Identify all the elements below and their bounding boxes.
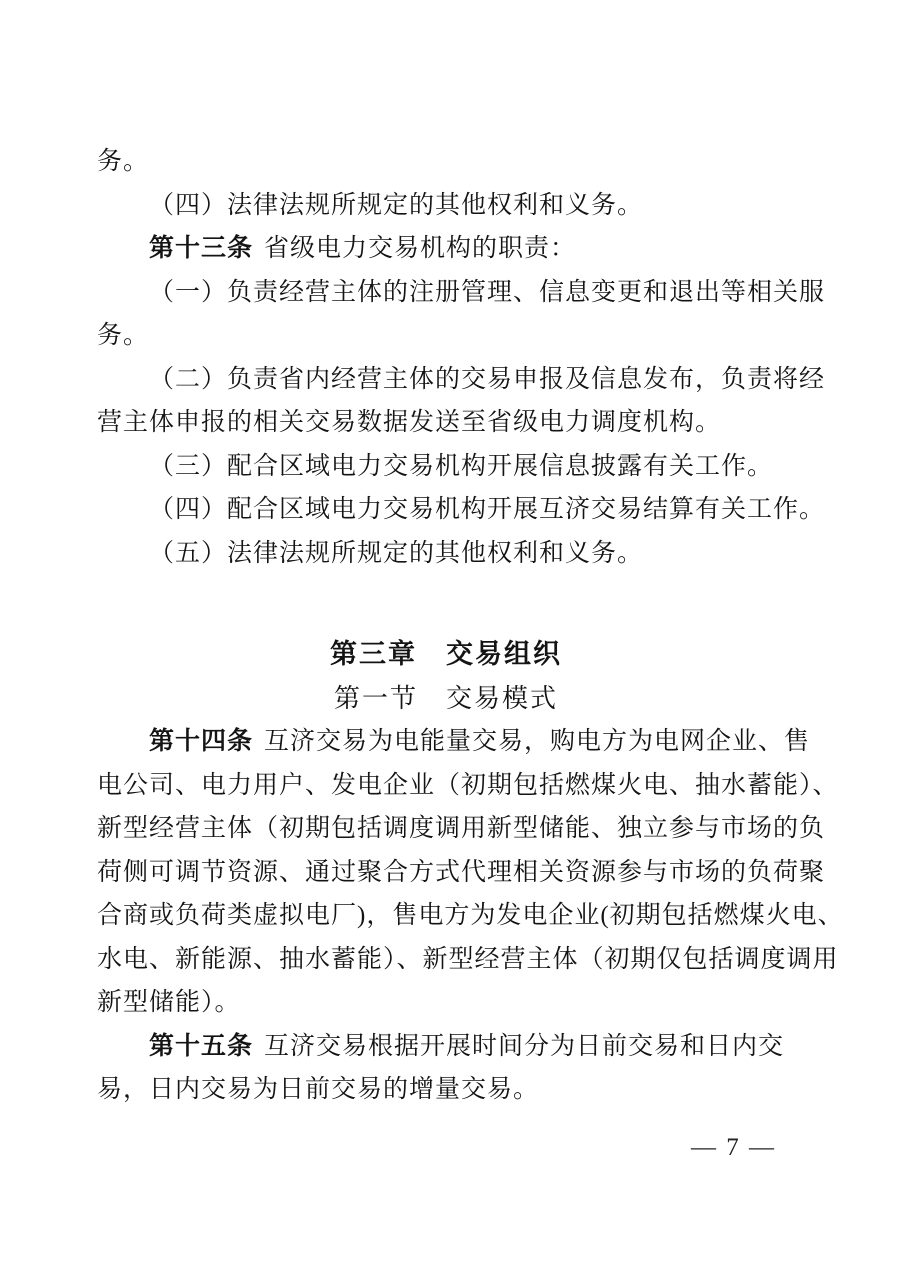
paragraph-continuation-line: 营主体申报的相关交易数据发送至省级电力调度机构。: [97, 401, 795, 445]
paragraph-continuation-line: 新型储能）。: [97, 981, 795, 1025]
clause-line: （二）负责省内经营主体的交易申报及信息发布，负责将经: [97, 358, 795, 402]
article-text: 互济交易为电能量交易，购电方为电网企业、售: [264, 728, 810, 755]
paragraph-continuation-line: 水电、新能源、抽水蓄能）、新型经营主体（初期仅包括调度调用: [97, 938, 795, 982]
article-15-line: 第十五条互济交易根据开展时间分为日前交易和日内交: [97, 1025, 795, 1069]
article-text: 互济交易根据开展时间分为日前交易和日内交: [264, 1033, 784, 1060]
document-page: 务。 （四）法律法规所规定的其他权利和义务。 第十三条省级电力交易机构的职责： …: [0, 0, 900, 1272]
clause-line: （三）配合区域电力交易机构开展信息披露有关工作。: [97, 445, 795, 489]
paragraph-continuation-line: 务。: [97, 140, 795, 184]
paragraph-continuation-line: 新型经营主体（初期包括调度调用新型储能、独立参与市场的负: [97, 807, 795, 851]
paragraph-continuation-line: 易，日内交易为日前交易的增量交易。: [97, 1068, 795, 1112]
clause-line: （四）配合区域电力交易机构开展互济交易结算有关工作。: [97, 488, 795, 532]
chapter-heading: 第三章 交易组织: [97, 633, 795, 677]
article-number: 第十四条: [149, 728, 253, 755]
paragraph-continuation-line: 合商或负荷类虚拟电厂)，售电方为发电企业(初期包括燃煤火电、: [97, 894, 795, 938]
page-number: — 7 —: [691, 1133, 776, 1163]
article-14-line: 第十四条互济交易为电能量交易，购电方为电网企业、售: [97, 720, 795, 764]
clause-line: （五）法律法规所规定的其他权利和义务。: [97, 532, 795, 576]
article-text: 省级电力交易机构的职责：: [264, 235, 576, 262]
document-body: 务。 （四）法律法规所规定的其他权利和义务。 第十三条省级电力交易机构的职责： …: [97, 140, 795, 1112]
paragraph-continuation-line: 务。: [97, 314, 795, 358]
article-13-line: 第十三条省级电力交易机构的职责：: [97, 227, 795, 271]
clause-line: （一）负责经营主体的注册管理、信息变更和退出等相关服: [97, 271, 795, 315]
paragraph-continuation-line: 荷侧可调节资源、通过聚合方式代理相关资源参与市场的负荷聚: [97, 851, 795, 895]
article-number: 第十五条: [149, 1033, 253, 1060]
paragraph-continuation-line: 电公司、电力用户、发电企业（初期包括燃煤火电、抽水蓄能）、: [97, 764, 795, 808]
clause-line: （四）法律法规所规定的其他权利和义务。: [97, 184, 795, 228]
article-number: 第十三条: [149, 235, 253, 262]
section-heading: 第一节 交易模式: [97, 677, 795, 721]
